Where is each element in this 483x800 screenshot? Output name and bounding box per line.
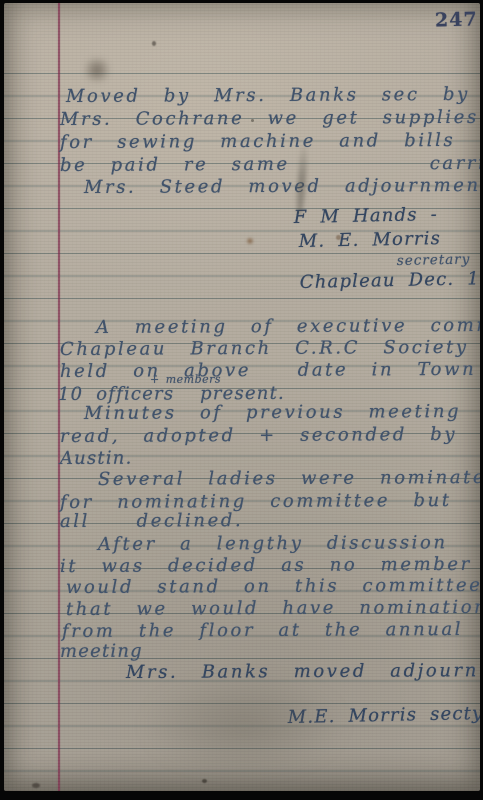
para1-line-1: A meeting of executive committee bbox=[96, 315, 480, 338]
para4-line-6: meeting bbox=[60, 641, 143, 662]
para4-line-3: would stand on this committee bbox=[66, 575, 480, 598]
signature-hands: F M Hands - bbox=[294, 204, 439, 228]
minutes-line-4: be paid re same carried. bbox=[60, 153, 480, 176]
signature-morris: M. E. Morris bbox=[299, 228, 442, 252]
para4-line-5: from the floor at the annual bbox=[62, 619, 463, 642]
ledger-page: 247 Moved by Mrs. Banks sec by Mrs. Coch… bbox=[4, 3, 480, 791]
para2-line-1: Minutes of previous meeting were bbox=[84, 401, 480, 424]
minutes-line-5: Mrs. Steed moved adjournment. bbox=[84, 175, 480, 198]
closing-signature: M.E. Morris secty bbox=[288, 703, 480, 728]
para1-line-2: Chapleau Branch C.R.C Society was bbox=[60, 337, 480, 360]
minutes-line-3: for sewing machine and bills bbox=[60, 130, 455, 153]
para4-line-2: it was decided as no member bbox=[60, 554, 472, 577]
para3-line-1: Several ladies were nominated bbox=[98, 467, 480, 490]
page-number-stamp: 247 bbox=[435, 8, 478, 31]
closing-line: Mrs. Banks moved adjournment bbox=[126, 660, 480, 683]
para1-line-3: held on above date in Town Hall. bbox=[60, 358, 480, 382]
para4-line-4: that we would have nominations bbox=[66, 597, 480, 620]
minutes-line-2: Mrs. Cochrane we get supplies bbox=[60, 107, 479, 130]
para3-line-2: for nominating committee but bbox=[60, 490, 452, 513]
para2-line-2: read, adopted + seconded by Mrs. A. bbox=[60, 423, 480, 447]
minutes-line-1: Moved by Mrs. Banks sec by bbox=[66, 84, 470, 107]
para3-line-3: all declined. bbox=[60, 510, 243, 532]
signature-title: secretary bbox=[397, 251, 471, 269]
dateline: Chapleau Dec. 11/44. bbox=[300, 267, 480, 293]
para4-line-1: After a lengthy discussion bbox=[98, 532, 448, 555]
photo-frame: 247 Moved by Mrs. Banks sec by Mrs. Coch… bbox=[0, 0, 483, 800]
dust-speck bbox=[152, 41, 156, 46]
para2-line-3: Austin. bbox=[60, 448, 133, 469]
